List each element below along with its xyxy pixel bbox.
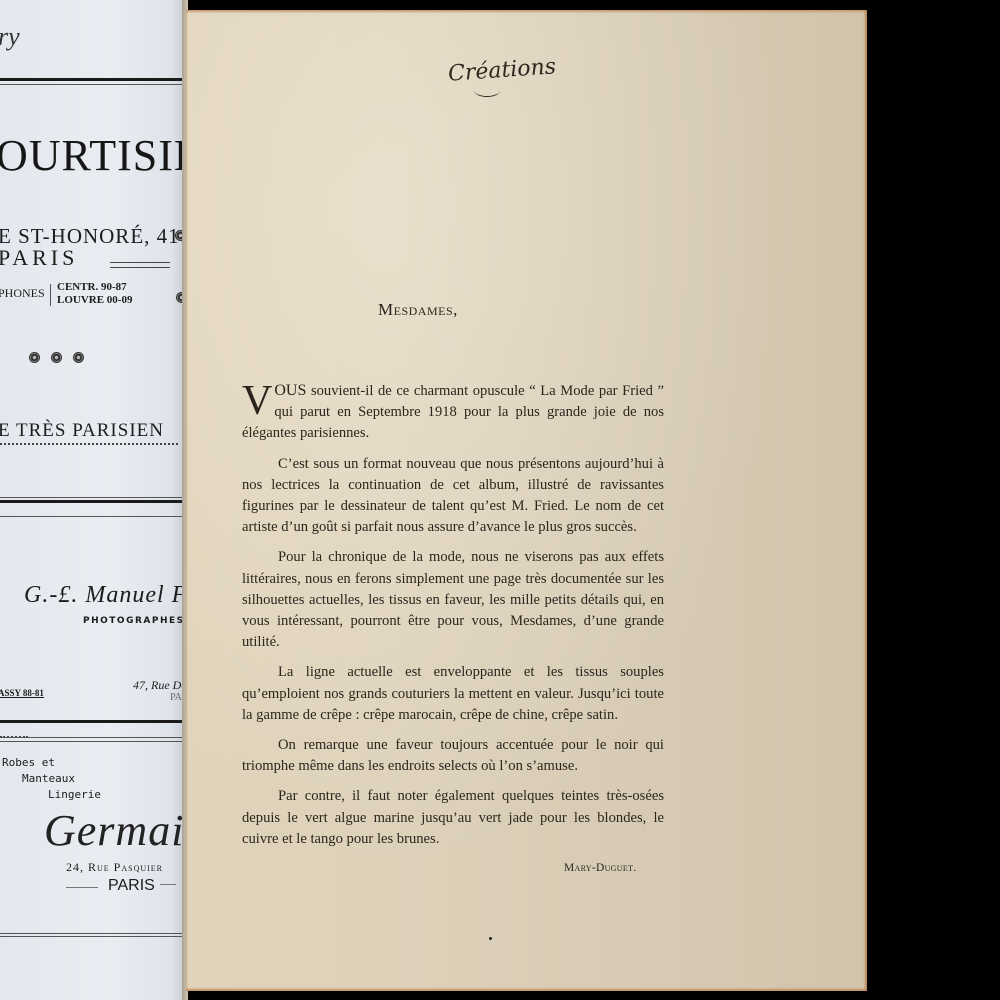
ad-photographer-name: G.-£. Manuel Fre — [24, 582, 186, 609]
divider-rule — [0, 78, 186, 81]
article-body: VOUS souvient-il de ce charmant opuscule… — [242, 380, 664, 859]
dotted-rule — [0, 443, 178, 445]
divider-rule — [0, 720, 186, 723]
ad-photographer-address: 47, Rue Dom — [133, 678, 186, 693]
divider-rule — [0, 933, 186, 934]
divider-rule — [0, 516, 186, 517]
ad-germaine-line: Robes et — [2, 756, 55, 769]
divider-rule — [50, 284, 51, 306]
script-fragment: ry — [0, 22, 20, 52]
paragraph: Pour la chronique de la mode, nous ne vi… — [242, 547, 664, 653]
ad-courtisien-city: PARIS — [0, 245, 78, 271]
ad-germaine-line: Lingerie — [48, 788, 101, 801]
ad-courtisien-phone-line: CENTR. 90-87 — [57, 281, 127, 293]
rosette-ornament-icon — [73, 352, 84, 363]
divider-rule — [66, 887, 98, 888]
paragraph: La ligne actuelle est enveloppante et le… — [242, 662, 664, 726]
paragraph: Par contre, il faut noter également quel… — [242, 786, 664, 850]
divider-rule — [0, 497, 186, 498]
left-page-advertisements: ry OURTISIEN E ST-HONORÉ, 416 PARIS PHON… — [0, 0, 186, 1000]
divider-rule — [0, 737, 186, 738]
section-header: Créations — [447, 54, 557, 86]
rosette-ornament-icon — [29, 352, 40, 363]
divider-rule — [0, 741, 186, 742]
ad-germaine-city: PARIS — [108, 877, 155, 895]
author-signature: Mary-Duguet. — [564, 862, 636, 874]
ad-germaine-name: Germaine — [44, 805, 186, 856]
ad-courtisien-name: OURTISIEN — [0, 130, 186, 181]
ad-photographer-subtitle: PHOTOGRAPHES — [83, 616, 185, 626]
paragraph: C’est sous un format nouveau que nous pr… — [242, 454, 664, 539]
divider-rule — [160, 884, 176, 885]
ad-courtisien-phones-label: PHONES — [0, 286, 45, 301]
right-page-editorial: Créations Mesdames, VOUS souvient-il de … — [186, 10, 867, 991]
rosette-ornament-icon — [51, 352, 62, 363]
flourish-ornament-icon — [474, 84, 500, 97]
divider-rule — [0, 84, 186, 85]
ad-courtisien-slogan: E TRÈS PARISIEN — [0, 420, 164, 442]
ad-germaine-address: 24, Rue Pasquier — [66, 860, 163, 875]
ad-germaine-line: Manteaux — [22, 772, 75, 785]
paragraph-text: souvient-il de ce charmant opuscule “ La… — [242, 383, 664, 441]
paper-speck — [489, 937, 492, 940]
paragraph: On remarque une faveur toujours accentué… — [242, 735, 664, 777]
paragraph: VOUS souvient-il de ce charmant opuscule… — [242, 380, 664, 445]
divider-rule — [0, 500, 186, 503]
drop-cap-rest: OUS — [274, 382, 306, 399]
ad-photographer-phone: ASSY 88-81 — [0, 688, 44, 698]
divider-rule — [0, 936, 186, 937]
divider-rule — [110, 262, 170, 268]
drop-cap: V — [242, 384, 272, 418]
ad-courtisien-phone-line: LOUVRE 00-09 — [57, 294, 132, 306]
salutation: Mesdames, — [378, 300, 458, 320]
